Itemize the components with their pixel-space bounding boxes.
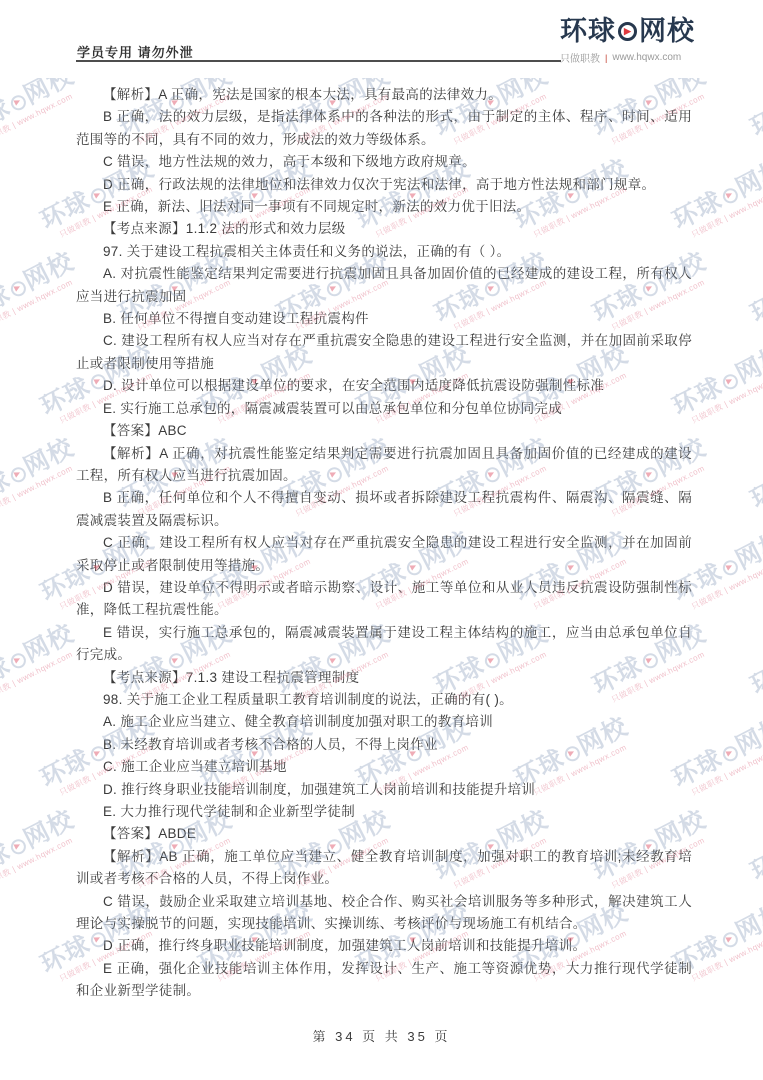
watermark-subtext: 只做职教 | www.hqwx.com (747, 80, 763, 158)
brand-logo: 环球 网校 只做职教 | www.hqwx.com (560, 16, 706, 65)
play-icon (720, 186, 740, 206)
paragraph: D 错误，建设单位不得明示或者暗示勘察、设计、施工等单位和从业人员违反抗震设防强… (76, 577, 692, 622)
paragraph: E. 大力推行现代学徒制和企业新型学徒制 (76, 801, 692, 823)
paragraph: 【答案】ABDE (76, 823, 692, 845)
paragraph: B 正确，任何单位和个人不得擅自变动、损坏或者拆除建设工程抗震构件、隔震沟、隔震… (76, 487, 692, 532)
tagline-text: 只做职教 (560, 50, 600, 65)
page-number: 第 34 页 共 35 页 (0, 1026, 763, 1045)
paragraph: B. 任何单位不得擅自变动建设工程抗震构件 (76, 308, 692, 330)
document-body: 【解析】A 正确，宪法是国家的根本大法，具有最高的法律效力。B 正确，法的效力层… (76, 84, 692, 1003)
play-icon (8, 279, 28, 299)
play-icon (720, 558, 740, 578)
paragraph: D 正确，推行终身职业技能培训制度，加强建筑工人岗前培训和技能提升培训。 (76, 935, 692, 957)
paragraph: D 正确，行政法规的法律地位和法律效力仅次于宪法和法律，高于地方性法规和部门规章… (76, 174, 692, 196)
paragraph: E 错误，实行施工总承包的，隔震减震装置属于建设工程主体结构的施工，应当由总承包… (76, 622, 692, 667)
watermark: 环球网校只做职教 | www.hqwx.com (735, 428, 763, 530)
paragraph: C 错误，地方性法规的效力，高于本级和下级地方政府规章。 (76, 151, 692, 173)
document-page: 学员专用 请勿外泄 环球 网校 只做职教 | www.hqwx.com 【解析】… (0, 0, 763, 1080)
paragraph: 【答案】ABC (76, 420, 692, 442)
paragraph: 【考点来源】1.1.2 法的形式和效力层级 (76, 218, 692, 240)
watermark: 环球网校只做职教 | www.hqwx.com (735, 614, 763, 716)
paragraph: C. 建设工程所有权人应当对存在严重抗震安全隐患的建设工程进行安全监测，并在加固… (76, 330, 692, 375)
watermark-subtext: 只做职教 | www.hqwx.com (747, 266, 763, 344)
watermark: 环球网校只做职教 | www.hqwx.com (735, 78, 763, 158)
paragraph: C. 施工企业应当建立培训基地 (76, 756, 692, 778)
paragraph: B 正确，法的效力层级，是指法律体系中的各种法的形式，由于制定的主体、程序、时间… (76, 106, 692, 151)
brand-logo-text: 环球 网校 (560, 16, 706, 46)
confidential-label: 学员专用 请勿外泄 (77, 42, 194, 61)
play-icon (8, 651, 28, 671)
paragraph: C 正确，建设工程所有权人应当对存在严重抗震安全隐患的建设工程进行安全监测，并在… (76, 532, 692, 577)
paragraph: B. 未经教育培训或者考核不合格的人员，不得上岗作业 (76, 734, 692, 756)
play-icon (720, 930, 740, 950)
paragraph: 98. 关于施工企业工程质量职工教育培训制度的说法，正确的有( )。 (76, 689, 692, 711)
play-icon (720, 744, 740, 764)
paragraph: E 正确，强化企业技能培训主体作用，发挥设计、生产、施工等资源优势，大力推行现代… (76, 958, 692, 1003)
tagline-separator: | (605, 53, 607, 63)
paragraph: E. 实行施工总承包的，隔震减震装置可以由总承包单位和分包单位协同完成 (76, 398, 692, 420)
play-icon (8, 837, 28, 857)
paragraph: A. 施工企业应当建立、健全教育培训制度加强对职工的教育培训 (76, 711, 692, 733)
brand-tagline: 只做职教 | www.hqwx.com (560, 50, 706, 65)
paragraph: 【考点来源】7.1.3 建设工程抗震管理制度 (76, 667, 692, 689)
watermark-subtext: 只做职教 | www.hqwx.com (747, 824, 763, 902)
watermark-text: 环球网校 (735, 242, 763, 333)
watermark-text: 环球网校 (735, 614, 763, 705)
watermark-text: 环球网校 (735, 428, 763, 519)
watermark: 环球网校只做职教 | www.hqwx.com (735, 800, 763, 902)
logo-name-left: 环球 (560, 16, 616, 46)
play-icon (8, 465, 28, 485)
logo-name-right: 网校 (639, 16, 695, 46)
watermark-subtext: 只做职教 | www.hqwx.com (747, 452, 763, 530)
play-icon (618, 22, 637, 41)
paragraph: E 正确，新法、旧法对同一事项有不同规定时，新法的效力优于旧法。 (76, 196, 692, 218)
watermark-subtext: 只做职教 | www.hqwx.com (747, 638, 763, 716)
paragraph: D. 推行终身职业技能培训制度，加强建筑工人岗前培训和技能提升培训 (76, 779, 692, 801)
paragraph: D. 设计单位可以根据建设单位的要求，在安全范围内适度降低抗震设防强制性标准 (76, 375, 692, 397)
header-divider (76, 60, 561, 62)
play-icon (720, 372, 740, 392)
paragraph: A. 对抗震性能鉴定结果判定需要进行抗震加固且具备加固价值的已经建成的建设工程，… (76, 263, 692, 308)
paragraph: C 错误，鼓励企业采取建立培训基地、校企合作、购买社会培训服务等多种形式，解决建… (76, 891, 692, 936)
paragraph: 【解析】A 正确，宪法是国家的根本大法，具有最高的法律效力。 (76, 84, 692, 106)
play-icon (8, 93, 28, 113)
tagline-url: www.hqwx.com (612, 52, 681, 63)
watermark-text: 环球网校 (735, 800, 763, 891)
paragraph: 97. 关于建设工程抗震相关主体责任和义务的说法，正确的有（ ）。 (76, 241, 692, 263)
watermark-text: 环球网校 (735, 78, 763, 147)
paragraph: 【解析】A 正确，对抗震性能鉴定结果判定需要进行抗震加固且具备加固价值的已经建成… (76, 443, 692, 488)
watermark: 环球网校只做职教 | www.hqwx.com (735, 242, 763, 344)
paragraph: 【解析】AB 正确，施工单位应当建立、健全教育培训制度，加强对职工的教育培训;未… (76, 846, 692, 891)
